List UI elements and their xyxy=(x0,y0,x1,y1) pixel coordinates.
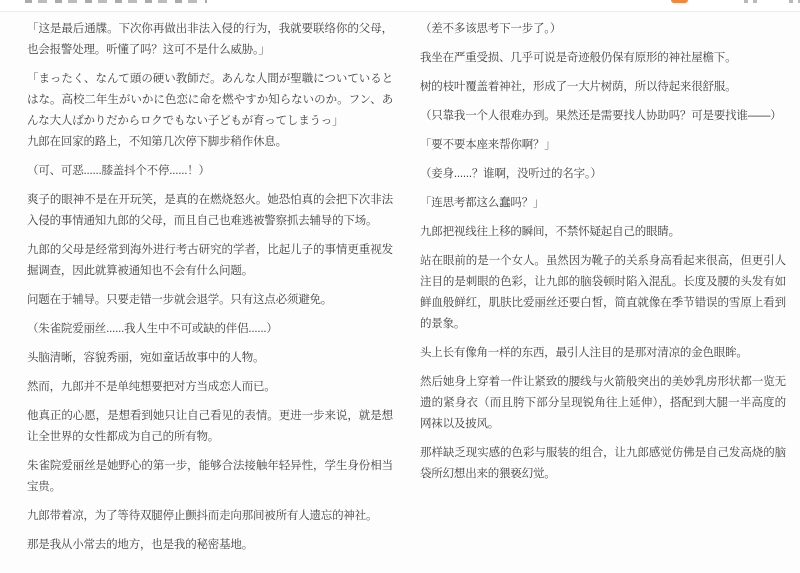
right-page-column: （差不多该思考下一步了。）我坐在严重受损、几乎可说是奇迹般仍保有原形的神社屋檐下… xyxy=(420,19,786,564)
paragraph: 「まったく、なんて頭の硬い教師だ。あんな人間が聖職についているとはな。高校二年生… xyxy=(27,69,393,132)
paragraph: 「这是最后通牒。下次你再做出非法入侵的行为，我就要联络你的父母，也会报警处理。听… xyxy=(27,19,393,61)
paragraph: 爽子的眼神不是在开玩笑，是真的在燃烧怒火。她恐怕真的会把下次非法入侵的事情通知九… xyxy=(27,190,393,232)
paragraph: 我坐在严重受损、几乎可说是奇迹般仍保有原形的神社屋檐下。 xyxy=(420,48,786,69)
toolbar-icon-remnant-1[interactable] xyxy=(744,0,762,3)
paragraph: （只靠我一个人很难办到。果然还是需要找人协助吗？可是要找谁——） xyxy=(420,106,786,127)
toolbar-icon-remnant-2[interactable] xyxy=(789,0,800,3)
novel-reader-screen: 「这是最后通牒。下次你再做出非法入侵的行为，我就要联络你的父母，也会报警处理。听… xyxy=(0,0,800,573)
paragraph: （可、可恶......膝盖抖个不停......！） xyxy=(27,161,393,182)
paragraph: 头脑清晰，容貌秀丽，宛如童话故事中的人物。 xyxy=(27,348,393,369)
paragraph: 站在眼前的是一个女人。虽然因为靴子的关系身高看起来很高，但更引人注目的是刺眼的色… xyxy=(420,251,786,335)
paragraph: 朱雀院爱丽丝是她野心的第一步，能够合法接触年轻异性，学生身份相当宝贵。 xyxy=(27,456,393,498)
toolbar-clipped xyxy=(0,0,800,12)
paragraph: 问题在于辅导。只要走错一步就会退学。只有这点必须避免。 xyxy=(27,290,393,311)
clipped-toolbar-text xyxy=(25,0,207,3)
paragraph: 「连思考都这么蠢吗？」 xyxy=(420,193,786,214)
paragraph: 然后她身上穿着一件让紧致的腰线与火箭般突出的美妙乳房形状都一览无遗的紧身衣（而且… xyxy=(420,372,786,435)
paragraph: 他真正的心愿，是想看到她只让自己看见的表情。更进一步来说，就是想让全世界的女性都… xyxy=(27,406,393,448)
paragraph: 然而，九郎并不是单纯想要把对方当成恋人而已。 xyxy=(27,377,393,398)
page-content: 「这是最后通牒。下次你再做出非法入侵的行为，我就要联络你的父母，也会报警处理。听… xyxy=(0,19,786,564)
left-page-column: 「这是最后通牒。下次你再做出非法入侵的行为，我就要联络你的父母，也会报警处理。听… xyxy=(27,19,393,564)
toolbar-divider xyxy=(0,11,800,12)
paragraph: （妾身......？谁啊，没听过的名字。） xyxy=(420,164,786,185)
orange-toolbar-icon[interactable] xyxy=(671,0,688,3)
paragraph: 九郎把视线往上移的瞬间，不禁怀疑起自己的眼睛。 xyxy=(420,222,786,243)
paragraph: 九郎的父母是经常到海外进行考古研究的学者，比起儿子的事情更重视发掘调查，因此就算… xyxy=(27,240,393,282)
paragraph: 树的枝叶覆盖着神社，形成了一大片树荫，所以待起来很舒服。 xyxy=(420,77,786,98)
paragraph: 九郎带着凉，为了等待双腿停止颤抖而走向那间被所有人遗忘的神社。 xyxy=(27,506,393,527)
paragraph: （差不多该思考下一步了。） xyxy=(420,19,786,40)
paragraph: 那样缺乏现实感的色彩与服装的组合，让九郎感觉仿佛是自己发高烧的脑袋所幻想出来的猥… xyxy=(420,443,786,485)
paragraph: 那是我从小常去的地方，也是我的秘密基地。 xyxy=(27,535,393,556)
paragraph: 「要不要本座来帮你啊？」 xyxy=(420,135,786,156)
paragraph: 头上长有像角一样的东西，最引人注目的是那对清凉的金色眼眸。 xyxy=(420,343,786,364)
paragraph: 九郎在回家的路上，不知第几次停下脚步稍作休息。 xyxy=(27,132,393,153)
paragraph: （朱雀院爱丽丝......我人生中不可或缺的伴侣......） xyxy=(27,319,393,340)
